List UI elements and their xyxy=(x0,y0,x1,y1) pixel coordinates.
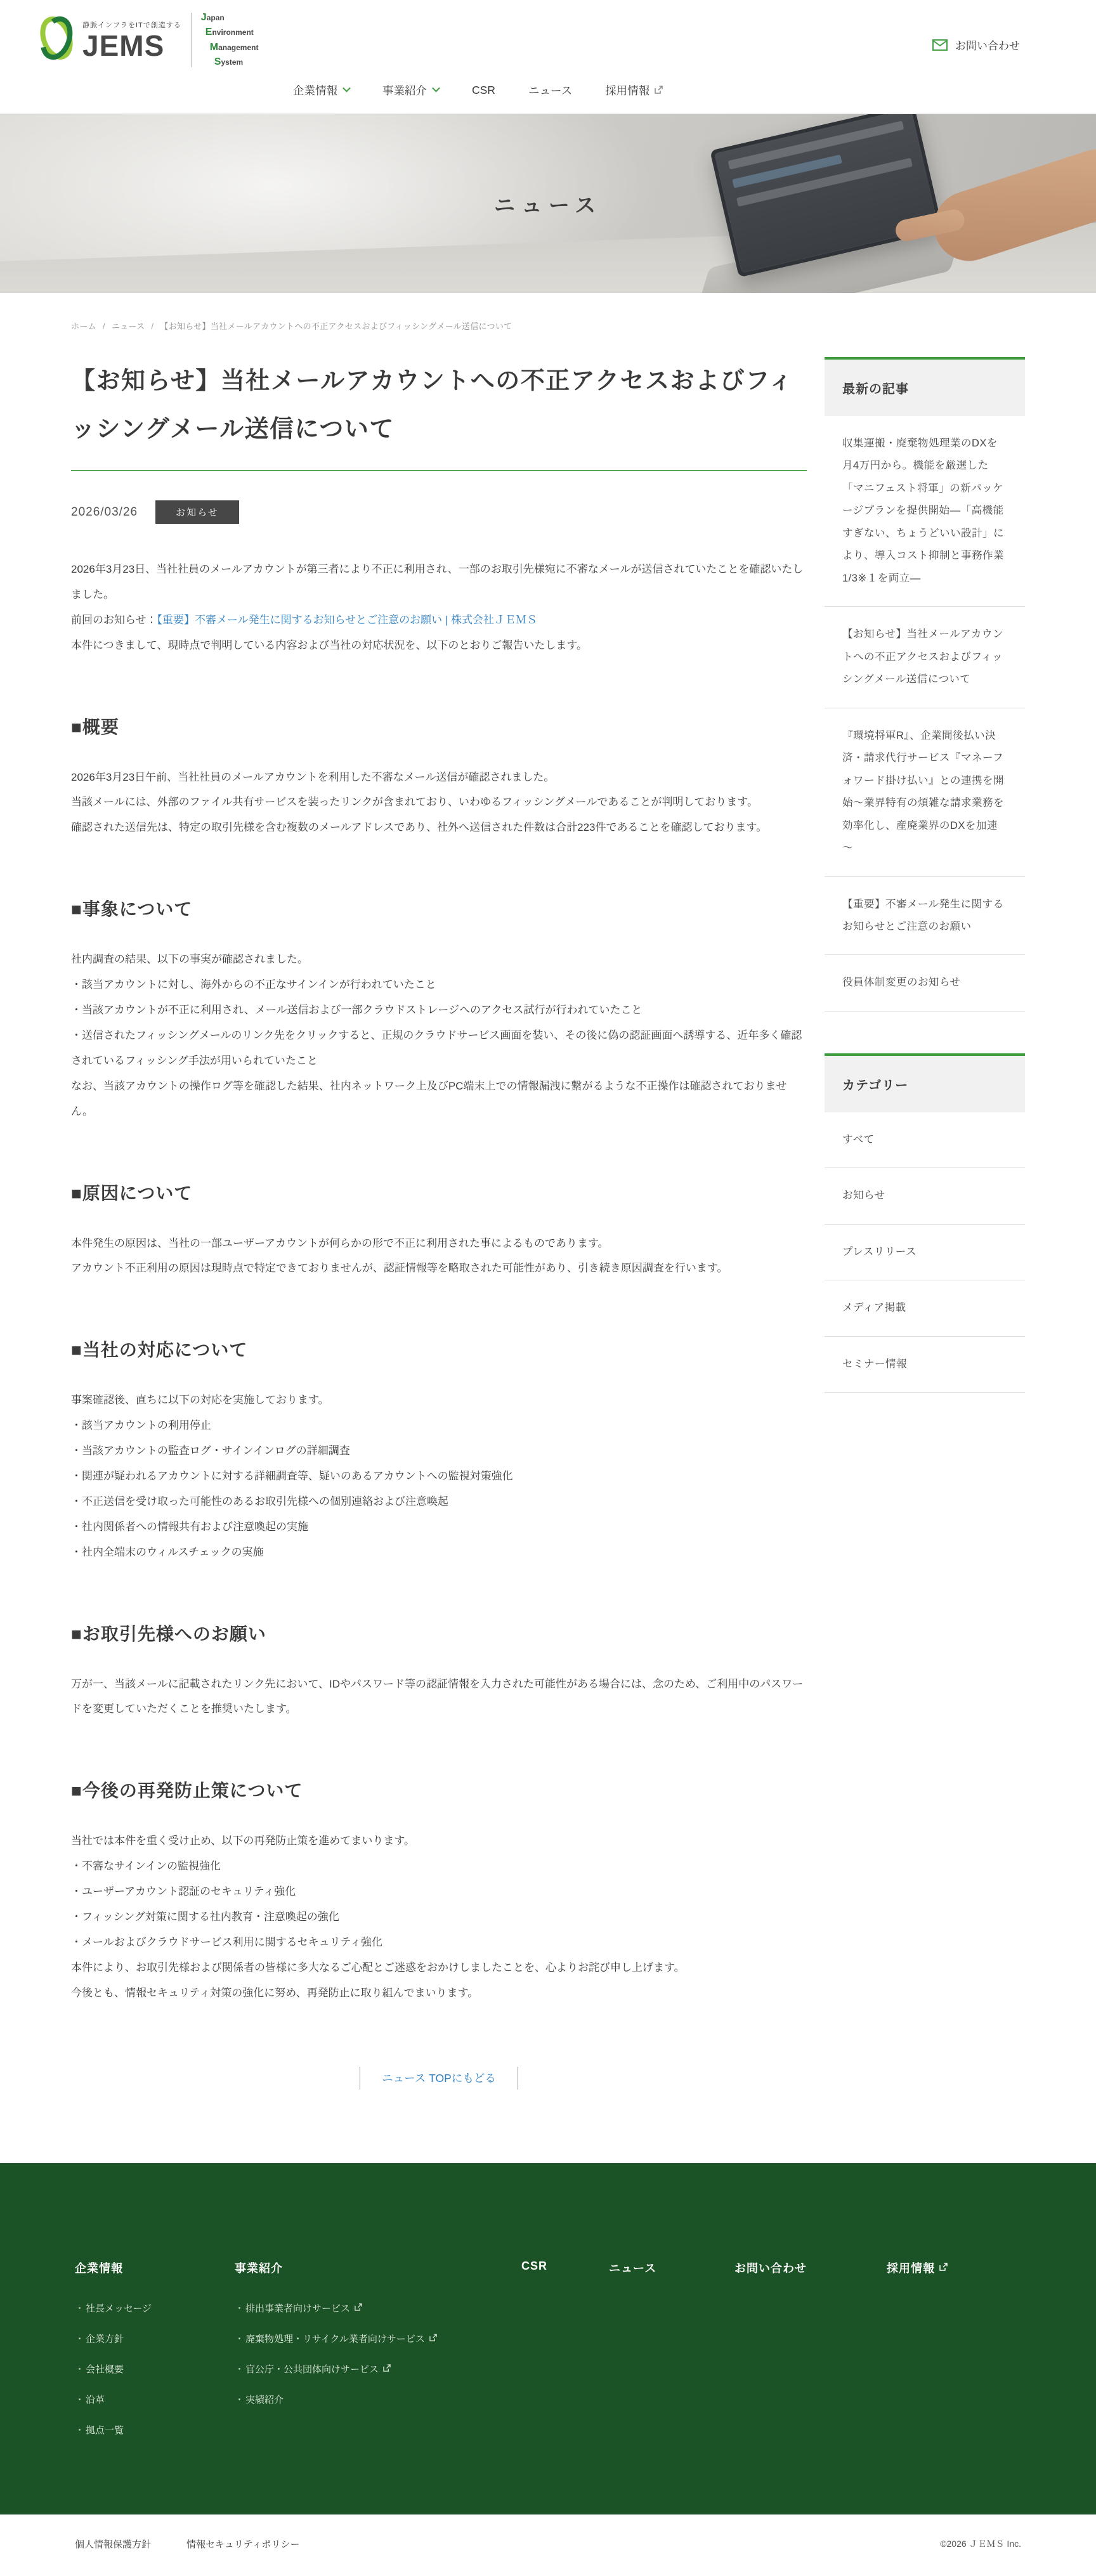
paragraph: 本件により、お取引先様および関係者の皆様に多大なるご心配とご迷惑をおかけしました… xyxy=(71,1955,807,1981)
logo-subtitle: Japan Environment Management System xyxy=(201,10,259,69)
paragraph: 当該メールには、外部のファイル共有サービスを装ったリンクが含まれており、いわゆる… xyxy=(71,790,807,815)
footer-contact-link[interactable]: お問い合わせ xyxy=(734,2260,887,2276)
page-title: ニュース xyxy=(0,114,1096,293)
paragraph: 本件発生の原因は、当社の一部ユーザーアカウントが何らかの形で不正に利用された事に… xyxy=(71,1231,807,1256)
breadcrumb-news[interactable]: ニュース xyxy=(112,322,145,331)
section-heading: ■今後の再発防止策について xyxy=(71,1770,807,1812)
latest-article-link[interactable]: 収集運搬・廃棄物処理業のDXを月4万円から。機能を厳選した「マニフェスト将軍」の… xyxy=(825,416,1025,606)
divider xyxy=(360,2067,360,2090)
bullet-item: ・該当アカウントに対し、海外からの不正なサインインが行われていたこと xyxy=(71,972,807,998)
footer-col-business: 事業紹介 排出事業者向けサービス 廃棄物処理・リサイクル業者向けサービス 官公庁… xyxy=(235,2260,521,2423)
category-link-notice[interactable]: お知らせ xyxy=(825,1168,1025,1223)
paragraph: 当社では本件を重く受け止め、以下の再発防止策を進めてまいります。 xyxy=(71,1828,807,1854)
paragraph: 万が一、当該メールに記載されたリンク先において、IDやパスワード等の認証情報を入… xyxy=(71,1672,807,1722)
nav-recruit[interactable]: 採用情報 xyxy=(605,82,663,98)
list-item: お知らせ xyxy=(825,1168,1025,1224)
category-link-all[interactable]: すべて xyxy=(825,1112,1025,1168)
list-item: 『環境将軍R』、企業間後払い決済・請求代行サービス『マネーフォワード掛け払い』と… xyxy=(825,708,1025,877)
bullet-item: ・ユーザーアカウント認証のセキュリティ強化 xyxy=(71,1879,807,1904)
footer-link[interactable]: 社長メッセージ xyxy=(75,2301,152,2315)
logo-text-block: 静脈インフラをITで創造する JEMS xyxy=(82,20,181,60)
categories-box: カテゴリー すべて お知らせ プレスリリース メディア掲載 セミナー情報 xyxy=(825,1053,1025,1393)
external-link-icon xyxy=(429,2333,437,2344)
footer-link[interactable]: 企業方針 xyxy=(75,2332,124,2345)
footer-company-link[interactable]: 企業情報 xyxy=(75,2260,235,2276)
footer-business-link[interactable]: 事業紹介 xyxy=(235,2260,521,2276)
back-to-news-link[interactable]: ニュース TOPにもどる xyxy=(382,2070,496,2086)
back-to-news-row: ニュース TOPにもどる xyxy=(71,2067,807,2090)
latest-article-link[interactable]: 『環境将軍R』、企業間後払い決済・請求代行サービス『マネーフォワード掛け払い』と… xyxy=(825,708,1025,876)
categories-list: すべて お知らせ プレスリリース メディア掲載 セミナー情報 xyxy=(825,1112,1025,1393)
footer-link[interactable]: 拠点一覧 xyxy=(75,2423,124,2436)
jems-rings-icon xyxy=(37,9,76,70)
section-heading: ■当社の対応について xyxy=(71,1329,807,1371)
section-heading: ■お取引先様へのお願い xyxy=(71,1613,807,1655)
nav-csr[interactable]: CSR xyxy=(472,84,495,97)
section-overview: ■概要 2026年3月23日午前、当社社員のメールアカウントを利用した不審なメー… xyxy=(71,706,807,841)
latest-article-link[interactable]: 【お知らせ】当社メールアカウントへの不正アクセスおよびフィッシングメール送信につ… xyxy=(825,607,1025,707)
latest-articles-list: 収集運搬・廃棄物処理業のDXを月4万円から。機能を厳選した「マニフェスト将軍」の… xyxy=(825,416,1025,1012)
nav-business[interactable]: 事業紹介 xyxy=(382,82,439,98)
content-area: 【お知らせ】当社メールアカウントへの不正アクセスおよびフィッシングメール送信につ… xyxy=(71,357,1025,2102)
footer-col-contact: お問い合わせ xyxy=(734,2260,887,2276)
site-header: 静脈インフラをITで創造する JEMS Japan Environment Ma… xyxy=(0,0,1096,114)
footer-bottom-bar: 個人情報保護方針 情報セキュリティポリシー ©2026 ＪＥＭＳ Inc. xyxy=(0,2514,1096,2576)
section-heading: ■概要 xyxy=(71,706,807,748)
logo-tagline: 静脈インフラをITで創造する xyxy=(82,20,181,30)
footer-csr-link[interactable]: CSR xyxy=(521,2260,609,2273)
site-footer: 企業情報 社長メッセージ 企業方針 会社概要 沿革 拠点一覧 事業紹介 排出事業… xyxy=(0,2163,1096,2514)
section-cause: ■原因について 本件発生の原因は、当社の一部ユーザーアカウントが何らかの形で不正… xyxy=(71,1173,807,1282)
bullet-item: ・当該アカウントが不正に利用され、メール送信および一部クラウドストレージへのアク… xyxy=(71,998,807,1023)
article-title: 【お知らせ】当社メールアカウントへの不正アクセスおよびフィッシングメール送信につ… xyxy=(71,357,807,471)
bullet-item: ・該当アカウントの利用停止 xyxy=(71,1413,807,1438)
article-meta: 2026/03/26 お知らせ xyxy=(71,500,807,524)
nav-company[interactable]: 企業情報 xyxy=(293,82,349,98)
list-item: プレスリリース xyxy=(825,1225,1025,1280)
jems-logo[interactable]: 静脈インフラをITで創造する JEMS Japan Environment Ma… xyxy=(37,9,258,70)
nav-news[interactable]: ニュース xyxy=(528,82,572,98)
list-item: メディア掲載 xyxy=(825,1280,1025,1336)
chevron-down-icon xyxy=(342,84,351,93)
footer-link[interactable]: 廃棄物処理・リサイクル業者向けサービス xyxy=(235,2332,437,2345)
paragraph: なお、当該アカウントの操作ログ等を確認した結果、社内ネットワーク上及びPC端末上… xyxy=(71,1074,807,1124)
article-date: 2026/03/26 xyxy=(71,505,138,519)
paragraph: 事案確認後、直ちに以下の対応を実施しております。 xyxy=(71,1388,807,1413)
previous-notice-line: 前回のお知らせ：【重要】不審メール発生に関するお知らせとご注意のお願い | 株式… xyxy=(71,608,807,633)
article-body: 2026年3月23日、当社社員のメールアカウントが第三者により不正に利用され、一… xyxy=(71,557,807,2006)
footer-col-company: 企業情報 社長メッセージ 企業方針 会社概要 沿革 拠点一覧 xyxy=(75,2260,235,2454)
external-link-icon xyxy=(383,2364,391,2374)
external-link-icon xyxy=(655,84,663,97)
paragraph: 2026年3月23日午前、当社社員のメールアカウントを利用した不審なメール送信が… xyxy=(71,765,807,790)
previous-notice-link[interactable]: 【重要】不審メール発生に関するお知らせとご注意のお願い | 株式会社ＪＥＭＳ xyxy=(157,614,538,626)
paragraph: 社内調査の結果、以下の事実が確認されました。 xyxy=(71,947,807,972)
section-incident: ■事象について 社内調査の結果、以下の事実が確認されました。 ・該当アカウントに… xyxy=(71,888,807,1124)
hero-banner: ニュース xyxy=(0,114,1096,293)
categories-title: カテゴリー xyxy=(825,1056,1025,1112)
footer-col-news: ニュース xyxy=(609,2260,734,2276)
breadcrumb-home[interactable]: ホーム xyxy=(71,322,96,331)
footer-col-recruit: 採用情報 xyxy=(887,2260,948,2276)
section-request: ■お取引先様へのお願い 万が一、当該メールに記載されたリンク先において、IDやパ… xyxy=(71,1613,807,1722)
latest-article-link[interactable]: 【重要】不審メール発生に関するお知らせとご注意のお願い xyxy=(825,877,1025,955)
latest-article-link[interactable]: 役員体制変更のお知らせ xyxy=(825,955,1025,1010)
footer-link[interactable]: 沿革 xyxy=(75,2393,105,2406)
external-link-icon xyxy=(355,2303,362,2313)
bullet-item: ・不審なサインインの監視強化 xyxy=(71,1854,807,1879)
divider xyxy=(518,2067,518,2090)
article: 【お知らせ】当社メールアカウントへの不正アクセスおよびフィッシングメール送信につ… xyxy=(71,357,807,2102)
bullet-item: ・社内全端末のウィルスチェックの実施 xyxy=(71,1540,807,1565)
category-link-seminar[interactable]: セミナー情報 xyxy=(825,1337,1025,1392)
bullet-item: ・メールおよびクラウドサービス利用に関するセキュリティ強化 xyxy=(71,1930,807,1955)
section-prevention: ■今後の再発防止策について 当社では本件を重く受け止め、以下の再発防止策を進めて… xyxy=(71,1770,807,2005)
main-nav: 企業情報 事業紹介 CSR ニュース 採用情報 xyxy=(293,82,696,98)
privacy-policy-link[interactable]: 個人情報保護方針 xyxy=(75,2537,151,2551)
footer-link[interactable]: 官公庁・公共団体向けサービス xyxy=(235,2362,391,2376)
external-link-icon xyxy=(939,2261,948,2274)
footer-col-csr: CSR xyxy=(521,2260,609,2273)
paragraph: 2026年3月23日、当社社員のメールアカウントが第三者により不正に利用され、一… xyxy=(71,557,807,608)
footer-recruit-link[interactable]: 採用情報 xyxy=(887,2260,948,2276)
paragraph: アカウント不正利用の原因は現時点で特定できておりませんが、認証情報等を略取された… xyxy=(71,1256,807,1281)
bullet-item: ・関連が疑われるアカウントに対する詳細調査等、疑いのあるアカウントへの監視対策強… xyxy=(71,1464,807,1489)
footer-link[interactable]: 実績紹介 xyxy=(235,2393,284,2406)
footer-nav: 企業情報 社長メッセージ 企業方針 会社概要 沿革 拠点一覧 事業紹介 排出事業… xyxy=(75,2260,1021,2454)
section-heading: ■原因について xyxy=(71,1173,807,1214)
bullet-item: ・当該アカウントの監査ログ・サインインログの詳細調査 xyxy=(71,1438,807,1464)
envelope-icon xyxy=(932,39,948,51)
chevron-down-icon xyxy=(432,84,440,93)
paragraph: 今後とも、情報セキュリティ対策の強化に努め、再発防止に取り組んでまいります。 xyxy=(71,1981,807,2006)
footer-news-link[interactable]: ニュース xyxy=(609,2260,734,2276)
category-link-media[interactable]: メディア掲載 xyxy=(825,1280,1025,1336)
paragraph: 本件につきまして、現時点で判明している内容および当社の対応状況を、以下のとおりご… xyxy=(71,633,807,658)
bullet-item: ・不正送信を受け取った可能性のあるお取引先様への個別連絡および注意喚起 xyxy=(71,1489,807,1514)
section-heading: ■事象について xyxy=(71,888,807,930)
security-policy-link[interactable]: 情報セキュリティポリシー xyxy=(186,2537,300,2551)
bullet-item: ・社内関係者への情報共有および注意喚起の実施 xyxy=(71,1514,807,1540)
category-link-press[interactable]: プレスリリース xyxy=(825,1225,1025,1280)
paragraph: 確認された送信先は、特定の取引先様を含む複数のメールアドレスであり、社外へ送信さ… xyxy=(71,815,807,840)
list-item: 役員体制変更のお知らせ xyxy=(825,955,1025,1011)
copyright: ©2026 ＪＥＭＳ Inc. xyxy=(940,2537,1021,2550)
sidebar: 最新の記事 収集運搬・廃棄物処理業のDXを月4万円から。機能を厳選した「マニフェ… xyxy=(825,357,1025,1434)
latest-articles-title: 最新の記事 xyxy=(825,360,1025,416)
list-item: 【お知らせ】当社メールアカウントへの不正アクセスおよびフィッシングメール送信につ… xyxy=(825,607,1025,708)
section-response: ■当社の対応について 事案確認後、直ちに以下の対応を実施しております。 ・該当ア… xyxy=(71,1329,807,1564)
legal-links: 個人情報保護方針 情報セキュリティポリシー xyxy=(75,2537,336,2551)
contact-label: お問い合わせ xyxy=(955,37,1020,53)
breadcrumb-current: 【お知らせ】当社メールアカウントへの不正アクセスおよびフィッシングメール送信につ… xyxy=(160,322,512,331)
list-item: すべて xyxy=(825,1112,1025,1168)
latest-articles-box: 最新の記事 収集運搬・廃棄物処理業のDXを月4万円から。機能を厳選した「マニフェ… xyxy=(825,357,1025,1012)
list-item: 収集運搬・廃棄物処理業のDXを月4万円から。機能を厳選した「マニフェスト将軍」の… xyxy=(825,416,1025,607)
logo-wordmark: JEMS xyxy=(82,31,181,60)
contact-link[interactable]: お問い合わせ xyxy=(932,37,1020,53)
breadcrumb: ホーム/ニュース/【お知らせ】当社メールアカウントへの不正アクセスおよびフィッシ… xyxy=(71,320,1025,332)
category-badge: お知らせ xyxy=(155,500,239,524)
bullet-item: ・フィッシング対策に関する社内教育・注意喚起の強化 xyxy=(71,1904,807,1930)
footer-link[interactable]: 会社概要 xyxy=(75,2362,124,2376)
list-item: 【重要】不審メール発生に関するお知らせとご注意のお願い xyxy=(825,877,1025,956)
footer-link[interactable]: 排出事業者向けサービス xyxy=(235,2301,362,2315)
list-item: セミナー情報 xyxy=(825,1337,1025,1393)
bullet-item: ・送信されたフィッシングメールのリンク先をクリックすると、正規のクラウドサービス… xyxy=(71,1023,807,1074)
logo-divider xyxy=(192,13,192,67)
